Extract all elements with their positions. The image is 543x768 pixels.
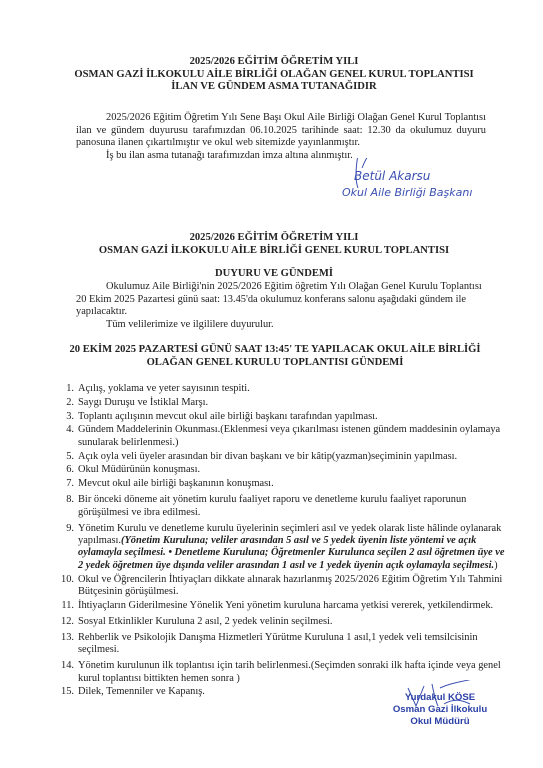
- title-line: İLAN VE GÜNDEM ASMA TUTANAĞIDIR: [74, 81, 474, 94]
- agenda-item: 2.Saygı Duruşu ve İstiklal Marşı.: [56, 397, 506, 409]
- agenda-item: 4.Gündem Maddelerinin Okunması.(Eklenmes…: [56, 424, 506, 449]
- agenda-title: 20 EKİM 2025 PAZARTESİ GÜNÜ SAAT 13:45' …: [50, 344, 500, 369]
- notice-paragraph: Okulumuz Aile Birliği'nin 2025/2026 Eğit…: [76, 281, 488, 319]
- stamp-school: Osman Gazi İlkokulu: [380, 704, 500, 716]
- agenda-item: 6.Okul Müdürünün konuşması.: [56, 464, 506, 476]
- agenda-item: 10.Okul ve Öğrencilerin İhtiyaçları dikk…: [56, 574, 506, 599]
- stamp-title: Okul Müdürü: [380, 716, 500, 728]
- title-line: 2025/2026 EĞİTİM ÖĞRETİM YILI: [74, 56, 474, 69]
- signature-icon: Betül Akarsu Okul Aile Birliği Başkanı: [334, 158, 504, 208]
- title-line: OLAĞAN GENEL KURULU TOPLANTISI GÜNDEMİ: [50, 357, 500, 370]
- principal-stamp: Yurdakul KÖSE Osman Gazi İlkokulu Okul M…: [380, 692, 500, 727]
- agenda-item: 12.Sosyal Etkinlikler Kuruluna 2 asıl, 2…: [56, 616, 506, 628]
- announcement-title: 2025/2026 EĞİTİM ÖĞRETİM YILI OSMAN GAZİ…: [74, 56, 474, 94]
- agenda-emphasis: (Yönetim Kuruluna; veliler arasından 5 a…: [78, 535, 504, 571]
- agenda-item: 7.Mevcut okul aile birliği başkanının ko…: [56, 478, 506, 490]
- agenda-item: 13.Rehberlik ve Psikolojik Danışma Hizme…: [56, 632, 506, 657]
- meeting-title: 2025/2026 EĞİTİM ÖĞRETİM YILI OSMAN GAZİ…: [74, 232, 474, 257]
- signature-role: Okul Aile Birliği Başkanı: [342, 186, 472, 199]
- notice-heading: DUYURU VE GÜNDEMİ: [74, 268, 474, 281]
- agenda-item: 5.Açık oyla veli üyeler arasından bir di…: [56, 451, 506, 463]
- document-page: 2025/2026 EĞİTİM ÖĞRETİM YILI OSMAN GAZİ…: [0, 0, 543, 768]
- title-line: 20 EKİM 2025 PAZARTESİ GÜNÜ SAAT 13:45' …: [50, 344, 500, 357]
- agenda-item: 9.Yönetim Kurulu ve denetleme kurulu üye…: [56, 523, 506, 573]
- title-line: 2025/2026 EĞİTİM ÖĞRETİM YILI: [74, 232, 474, 245]
- agenda-list: 1.Açılış, yoklama ve yeter sayısının tes…: [56, 383, 506, 700]
- agenda-item: 3.Toplantı açılışının mevcut okul aile b…: [56, 411, 506, 423]
- agenda-item: 11.İhtiyaçların Giderilmesine Yönelik Ye…: [56, 600, 506, 612]
- announcement-record: 2025/2026 Eğitim Öğretim Yılı Sene Başı …: [76, 112, 486, 162]
- stamp-name: Yurdakul KÖSE: [380, 692, 500, 704]
- title-line: OSMAN GAZİ İLKOKULU AİLE BİRLİĞİ GENEL K…: [74, 245, 474, 258]
- title-line: OSMAN GAZİ İLKOKULU AİLE BİRLİĞİ OLAĞAN …: [74, 69, 474, 82]
- signature-name: Betül Akarsu: [354, 169, 431, 183]
- record-paragraph: 2025/2026 Eğitim Öğretim Yılı Sene Başı …: [76, 112, 486, 150]
- agenda-item: 1.Açılış, yoklama ve yeter sayısının tes…: [56, 383, 506, 395]
- notice-closing: Tüm velilerimize ve ilgililere duyurulur…: [76, 319, 488, 332]
- agenda-item: 8.Bir önceki döneme ait yönetim kurulu f…: [56, 494, 506, 519]
